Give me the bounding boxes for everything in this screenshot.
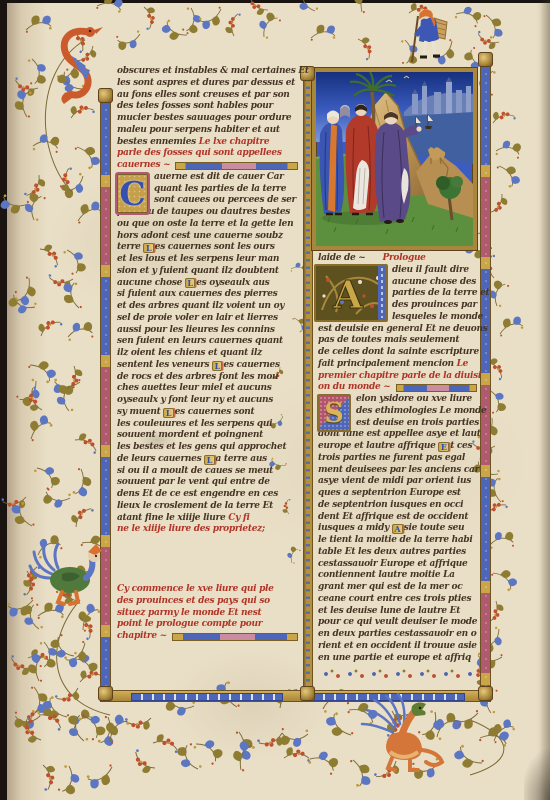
body-text: obscures et instables & mal certaines Et: [117, 66, 309, 78]
text-line: trois parties ne furent pas egal: [318, 453, 479, 465]
gold-knot: [98, 686, 113, 701]
text-line: pour ce qui veult deuiser le mode: [318, 617, 479, 629]
body-text: de rocs et des arbres font les mou: [117, 372, 278, 384]
chevron-segment: [131, 693, 283, 701]
text-line: les bestes et les gens qui approchet: [117, 442, 300, 454]
text-line: et des arbres quant ilz voient un oy: [117, 301, 300, 313]
initial-letter-C: C: [119, 174, 145, 213]
body-text: dieu il fault dire: [392, 265, 469, 277]
text-line: fait principalement mencion Le: [318, 359, 479, 371]
text-line: ceane court entre ces trois pties: [318, 594, 479, 606]
rubric-text: on du monde ~: [318, 382, 391, 394]
body-text: asye vient de midi par orient ius: [318, 476, 471, 488]
text-line: hors adont cest une cauerne soubz: [117, 231, 300, 243]
line-filler-bar: [172, 633, 298, 641]
body-text: et les lous et les serpens leur man: [117, 254, 279, 266]
rubric-text: chapitre ~: [117, 631, 167, 643]
dragon-bottom-right-icon: [350, 692, 462, 776]
initial-A-panel: A: [316, 266, 386, 320]
body-text: si ou il a moult de caues se meut: [117, 466, 273, 478]
body-text: ment deuisees par les anciens car: [318, 465, 479, 477]
body-text: oyseaulx y font leur ny et aucuns: [117, 395, 273, 407]
body-text: lieux le croslement de la terre Et: [117, 501, 273, 513]
paragraph-mark: A: [392, 524, 403, 534]
paragraph-mark: L: [212, 361, 222, 371]
body-text: sen fuient en leurs cauernes quant: [117, 336, 283, 348]
body-text: aucune chose: [117, 278, 185, 290]
body-text: des teles fosses sont hables pour: [117, 101, 273, 113]
body-text: des prouinces par: [392, 300, 477, 312]
text-line: oyseaulx y font leur ny et aucuns: [117, 395, 300, 407]
rubric-text: point le prologue compte pour: [117, 619, 262, 631]
rubric-text: Cy fi: [228, 513, 249, 525]
body-text: souuent mordent et poingnent: [117, 430, 263, 442]
text-line: sion et y fuient quant ilz doubtent: [117, 266, 300, 278]
dragon-top-left-icon: [50, 22, 126, 108]
body-text: contiennent lautre moitie La: [318, 570, 455, 582]
body-text: des ethimologies Le monde: [356, 406, 486, 418]
text-line: table Et les deux autres parties: [318, 547, 479, 559]
text-line: aussi pour les lieures les connins: [117, 325, 300, 337]
text-line: atant fine le xiiije liure Cy fi: [117, 513, 300, 525]
gold-knot: [478, 686, 493, 701]
text-line: cauernes ~: [117, 160, 300, 172]
body-text: le tient la moitie de la terre habi: [318, 535, 473, 547]
rubric-text: parle des fosses qui sont appellees: [117, 148, 282, 160]
body-text: de septentrion iusques en occi: [318, 500, 463, 512]
text-line: des prouinces et des pays qui so: [117, 596, 300, 608]
page-edge-shadow-right: [540, 0, 550, 800]
gold-knot: [300, 686, 315, 701]
body-text: table Et les deux autres parties: [318, 547, 466, 559]
body-text: pour ce qui veult deuiser le mode: [318, 617, 477, 629]
body-text: souuent par le vent qui entre de: [117, 477, 270, 489]
text-line: premier chapitre parle de la diuisi: [318, 371, 479, 383]
page-edge-shadow-corner: [524, 740, 550, 800]
body-text: iusques a midy: [318, 523, 392, 535]
text-line: sen fuient en leurs cauernes quant: [117, 336, 300, 348]
body-text: es oyseaulx aus: [196, 278, 269, 290]
body-text: ches auettes leur miel et aucuns: [117, 383, 272, 395]
text-line: les couleuures et les serpens qui: [117, 419, 300, 431]
text-line: ches auettes leur miel et aucuns: [117, 383, 300, 395]
text-line: ment deuisees par les anciens car: [318, 465, 479, 477]
text-line: ne le xiiije liure des proprietez;: [117, 524, 300, 536]
body-text: et les deuise lune de lautre Et: [318, 606, 460, 618]
rubric-text: Prologue: [383, 253, 426, 265]
text-line: parle des fosses qui sont appellees: [117, 148, 300, 160]
body-text: sie toute seu: [404, 523, 465, 535]
text-line: rient et en occident il trouue asie: [318, 641, 479, 653]
body-text: es cauernes: [223, 360, 279, 372]
initial-letter-S: S: [324, 398, 344, 429]
rubric-text: Le: [457, 359, 468, 371]
text-line: dens Et de ce est engendre en ces: [117, 489, 300, 501]
body-text: dent Et affrique est de occident: [318, 512, 468, 524]
text-line: asye vient de midi par orient ius: [318, 476, 479, 488]
text-line: lieux le croslement de la terre Et: [117, 501, 300, 513]
body-text: les couleuures et les serpens qui: [117, 419, 272, 431]
hybrid-bird-creature-icon: [28, 540, 116, 614]
rubric-text: Cy commence le xve liure qui ple: [117, 584, 274, 596]
pilgrim-figure-icon: [402, 4, 460, 68]
text-column-left: obscures et instables & mal certaines Et…: [117, 66, 300, 643]
text-line: ques a septentrion Europe est: [318, 488, 479, 500]
text-line: situez parmy le monde Et nest: [117, 608, 300, 620]
miniature-painting: [312, 68, 477, 250]
body-text: fait principalement mencion: [318, 359, 457, 371]
body-text: elon ysidore ou xve liure: [356, 394, 472, 406]
rubric-text: cauernes ~: [117, 160, 170, 172]
body-text: sy muent: [117, 407, 163, 419]
bar-border-right: [480, 60, 491, 694]
body-text: maleu pour serpens habiter et aut: [117, 125, 280, 137]
body-text: trois parties ne furent pas egal: [318, 453, 465, 465]
body-text: laide de ~: [318, 253, 383, 265]
body-text: cestassauoir Europe et affrique: [318, 559, 467, 571]
body-text: sont cauees ou percees de ser: [154, 195, 296, 207]
flower-line-filler-row: [320, 667, 472, 681]
body-text: est deuisie en general Et ne deuons: [318, 324, 487, 336]
body-text: de leurs cauernes: [117, 454, 204, 466]
body-text: a terre aus: [216, 454, 267, 466]
body-text: t ces: [450, 441, 472, 453]
text-line: europe et lautre affrique Et ces: [318, 441, 479, 453]
text-line: et les lous et les serpens leur man: [117, 254, 300, 266]
body-text: atant fine le xiiije liure: [117, 513, 228, 525]
paragraph-mark: L: [143, 243, 153, 253]
text-line: laide de ~ Prologue: [318, 253, 479, 265]
body-text: ques a septentrion Europe est: [318, 488, 461, 500]
line-filler-bar: [175, 162, 298, 170]
text-line: de septentrion iusques en occi: [318, 500, 479, 512]
text-line: aucune chose Les oyseaulx aus: [117, 278, 300, 290]
body-text: sel de proie voler en lair et lierres: [117, 313, 278, 325]
text-line: en une partie et europe et affriq: [318, 653, 479, 665]
gold-knot: [98, 88, 113, 103]
body-text: aucune chose des: [392, 277, 476, 289]
text-line: terre Les cauernes sont les ours: [117, 242, 300, 254]
body-text: en deux parties cestassauoir en o: [318, 629, 476, 641]
manuscript-photo: obscures et instables & mal certaines Et…: [0, 0, 550, 800]
text-line: point le prologue compte pour: [117, 619, 300, 631]
text-line: de celles dont la sainte escripture: [318, 347, 479, 359]
body-text: de celles dont la sainte escripture: [318, 347, 479, 359]
body-text: quant les parties de la terre: [154, 184, 286, 196]
text-line: contiennent lautre moitie La: [318, 570, 479, 582]
text-line: en deux parties cestassauoir en o: [318, 629, 479, 641]
initial-letter-A: A: [332, 272, 363, 317]
paragraph-mark: L: [185, 278, 195, 288]
text-line: iusques a midy Asie toute seu: [318, 523, 479, 535]
body-text: les sont aspres et dures par dessus et: [117, 78, 295, 90]
body-text: dens Et de ce est engendre en ces: [117, 489, 278, 501]
body-text: et des arbres quant ilz voient un oy: [117, 301, 284, 313]
body-text: ilz oient les chiens et quant ilz: [117, 348, 262, 360]
text-line: mucier bestes sauuages pour ordure: [117, 113, 300, 125]
paragraph-mark: L: [204, 455, 214, 465]
body-text: aussi pour les lieures les connins: [117, 325, 275, 337]
body-text: est deuise en trois parties: [356, 418, 479, 430]
paragraph-mark: E: [438, 442, 449, 452]
rubric-text: ne le xiiije liure des proprietez;: [117, 524, 265, 536]
text-line: des teles fosses sont hables pour: [117, 101, 300, 113]
rubric-text: situez parmy le monde Et nest: [117, 608, 261, 620]
rubric-text: Le lxe chapitre: [199, 137, 270, 149]
text-line: de leurs cauernes La terre aus: [117, 454, 300, 466]
text-line: ou que on oste la terre et la gette len: [117, 219, 300, 231]
body-text: parties de la terre et: [392, 288, 489, 300]
text-line: sy muent Les cauernes sont: [117, 407, 300, 419]
text-line: si ou il a moult de caues se meut: [117, 466, 300, 478]
text-line: et les deuise lune de lautre Et: [318, 606, 479, 618]
body-text: hors adont cest une cauerne soubz: [117, 231, 283, 243]
body-text: sentent les veneurs: [117, 360, 212, 372]
body-text: mucier bestes sauuages pour ordure: [117, 113, 291, 125]
illuminated-initial-S: S: [317, 394, 351, 432]
body-text: terre: [117, 242, 143, 254]
body-text: europe et lautre affrique: [318, 441, 438, 453]
body-text: les bestes et les gens qui approchet: [117, 442, 286, 454]
text-line: Cy commence le xve liure qui ple: [117, 584, 300, 596]
text-line: sentent les veneurs Les cauernes: [117, 360, 300, 372]
body-text: auerne est dit de cauer Car: [154, 172, 284, 184]
body-text: lesqueles le monde: [392, 312, 483, 324]
line-filler-bar: [396, 384, 477, 392]
text-line: bestes ennemies Le lxe chapitre: [117, 137, 300, 149]
text-line: souuent par le vent qui entre de: [117, 477, 300, 489]
body-text: en une partie et europe et affriq: [318, 653, 471, 665]
text-line: sel de proie voler en lair et lierres: [117, 313, 300, 325]
text-line: le tient la moitie de la terre habi: [318, 535, 479, 547]
text-line: grant mer qui est de la mer oc: [318, 582, 479, 594]
body-text: pas de toutes mais seulement: [318, 335, 459, 347]
body-text: sion et y fuient quant ilz doubtent: [117, 266, 279, 278]
body-text: grant mer qui est de la mer oc: [318, 582, 462, 594]
text-line: les sont aspres et dures par dessus et: [117, 78, 300, 90]
body-text: bestes ennemies: [117, 137, 199, 149]
rubric-text: des prouinces et des pays qui so: [117, 596, 270, 608]
body-text: rient et en occident il trouue asie: [318, 641, 477, 653]
text-line: de rocs et des arbres font les mou: [117, 372, 300, 384]
gold-knot: [478, 52, 493, 67]
rubric-text: premier chapitre parle de la diuisi: [318, 371, 481, 383]
text-line: dent Et affrique est de occident: [318, 512, 479, 524]
body-text: si fuient aux cauernes des pierres: [117, 289, 277, 301]
text-line: ilz oient les chiens et quant ilz: [117, 348, 300, 360]
text-line: est deuisie en general Et ne deuons: [318, 324, 479, 336]
text-line: si fuient aux cauernes des pierres: [117, 289, 300, 301]
text-line: on du monde ~: [318, 382, 479, 394]
illuminated-initial-C: C: [115, 172, 150, 215]
illuminated-initial-A: A: [314, 264, 388, 322]
text-line: au fons elles sont creuses et par son: [117, 90, 300, 102]
text-line: souuent mordent et poingnent: [117, 430, 300, 442]
meander-pattern: [306, 79, 310, 689]
text-line: pas de toutes mais seulement: [318, 335, 479, 347]
paragraph-mark: L: [163, 408, 173, 418]
text-line: cestassauoir Europe et affrique: [318, 559, 479, 571]
body-text: es cauernes sont: [175, 407, 255, 419]
body-text: au fons elles sont creuses et par son: [117, 90, 290, 102]
miniature-scene: [316, 72, 473, 246]
body-text: es cauernes sont les ours: [155, 242, 275, 254]
text-line: obscures et instables & mal certaines Et: [117, 66, 300, 78]
text-line: chapitre ~: [117, 631, 300, 643]
body-text: ou que on oste la terre et la gette len: [117, 219, 293, 231]
text-line: maleu pour serpens habiter et aut: [117, 125, 300, 137]
body-text: ceane court entre ces trois pties: [318, 594, 471, 606]
